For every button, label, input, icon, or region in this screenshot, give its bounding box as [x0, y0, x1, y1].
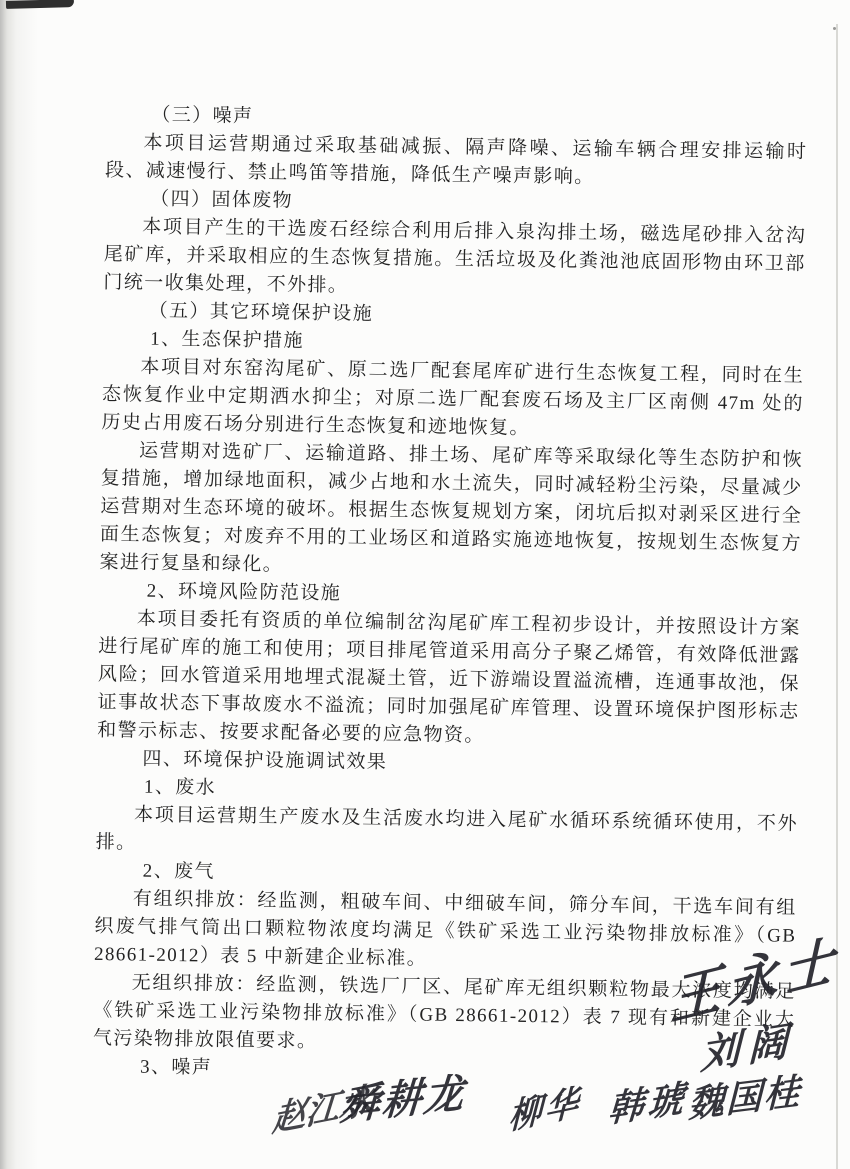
scan-speck — [833, 27, 836, 30]
scan-right-edge-line — [836, 24, 838, 1169]
paragraph-eco-restoration-1: 本项目对东窑沟尾矿、原二选厂配套尾库矿进行生态恢复工程，同时在生态恢复作业中定期… — [101, 353, 804, 447]
paragraph-wastewater: 本项目运营期生产废水及生活废水均进入尾矿水循环系统循环使用，不外排。 — [95, 801, 798, 867]
document-body: （三）噪声 本项目运营期通过采取基础减振、隔声降噪、运输车辆合理安排运输时段、减… — [92, 101, 808, 1091]
scanned-page: （三）噪声 本项目运营期通过采取基础减振、隔声降噪、运输车辆合理安排运输时段、减… — [0, 0, 850, 1169]
paragraph-noise-measures: 本项目运营期通过采取基础减振、隔声降噪、运输车辆合理安排运输时段、减速慢行、禁止… — [105, 129, 808, 195]
paragraph-solid-waste: 本项目产生的干选废石经综合利用后排入泉沟排土场，磁选尾砂排入岔沟尾矿库，并采取相… — [103, 213, 806, 307]
handwritten-signature-7: 韩琥 — [607, 1070, 690, 1133]
scan-left-shadow — [0, 0, 38, 1169]
scan-corner-artifact — [6, 0, 74, 9]
paragraph-risk-prevention: 本项目委托有资质的单位编制岔沟尾矿库工程初步设计，并按照设计方案进行尾矿库的施工… — [97, 605, 801, 755]
paragraph-eco-restoration-2: 运营期对选矿厂、运输道路、排土场、尾矿库等采取绿化等生态防护和恢复措施，增加绿地… — [99, 437, 803, 587]
handwritten-signature-5: 舜耕龙 — [338, 1061, 467, 1132]
